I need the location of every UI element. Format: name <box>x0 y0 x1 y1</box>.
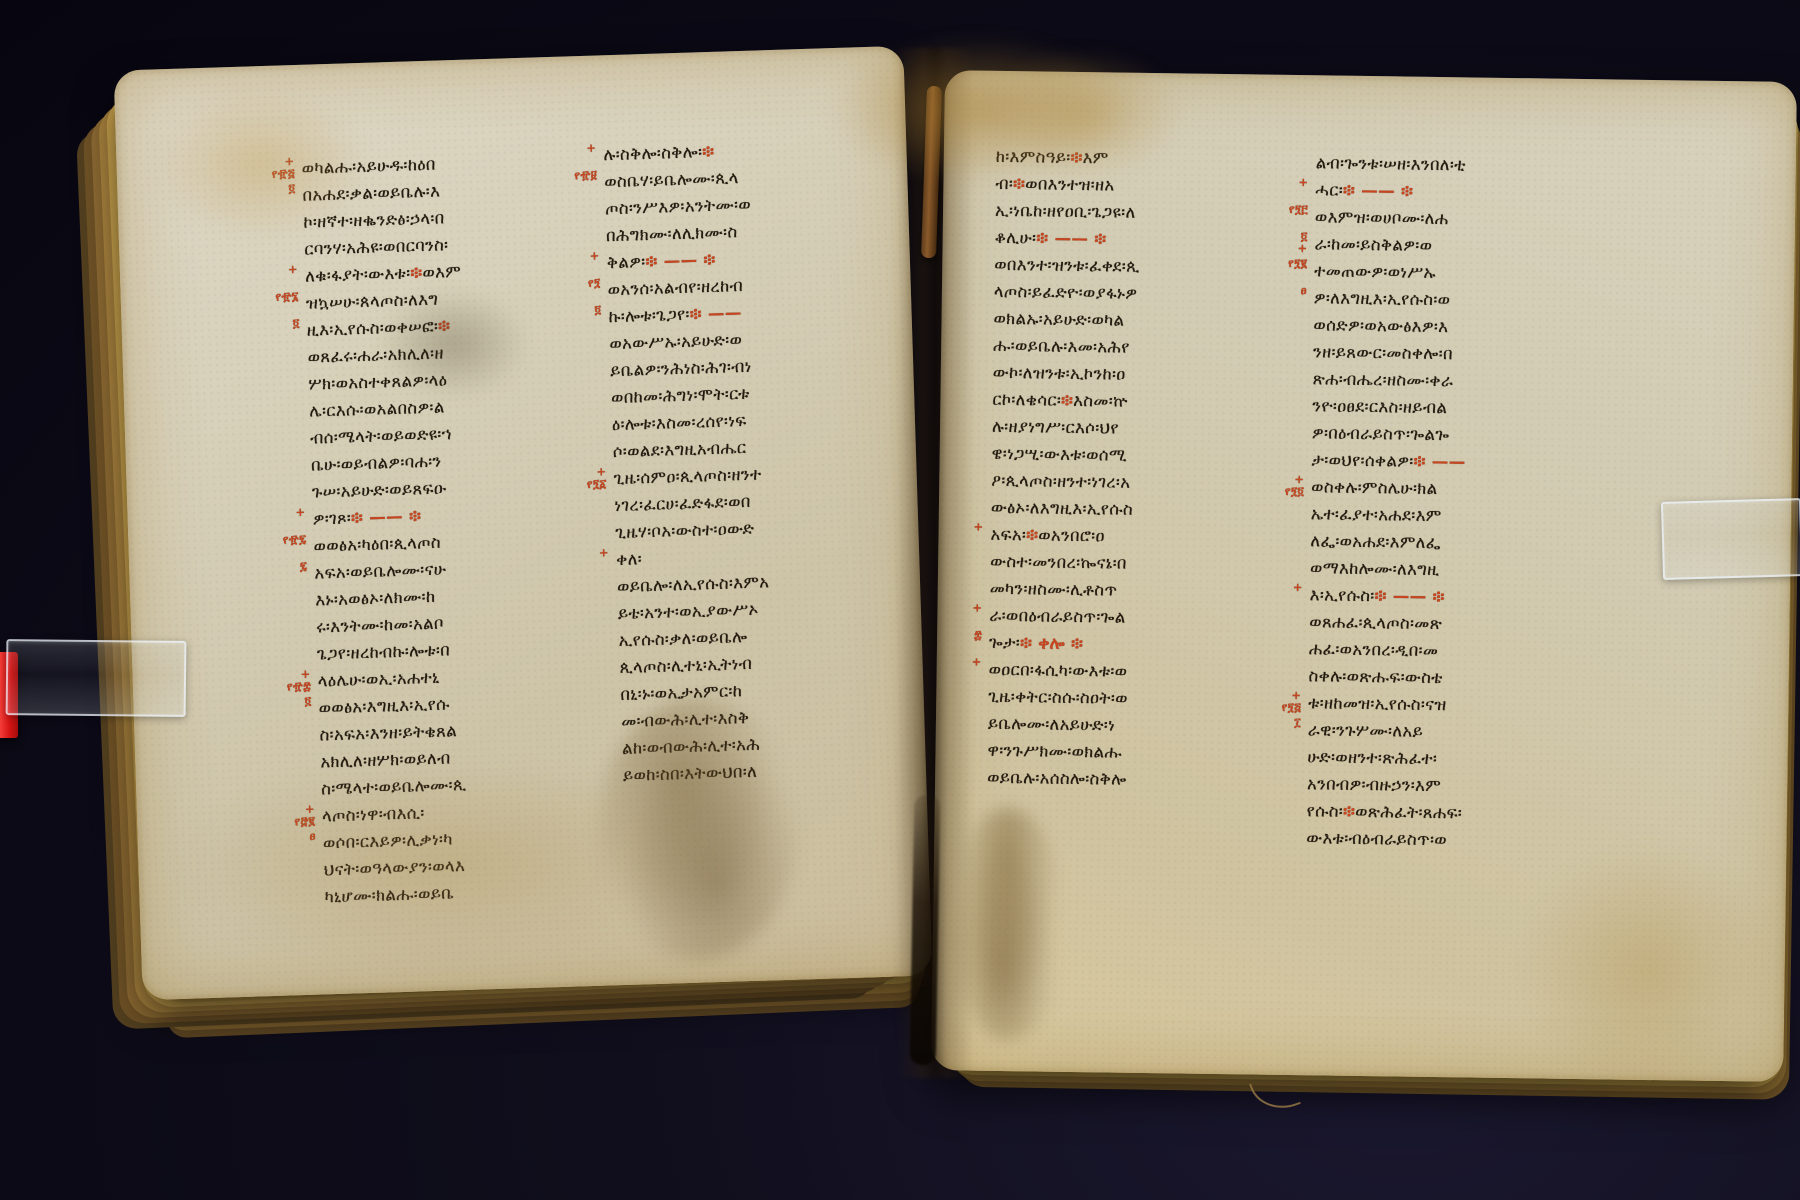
text-line: ፀዎ፡ለእግዚእ፡ኢየሱስ፡ወ <box>1314 284 1470 313</box>
gutter-crack <box>910 795 941 1065</box>
body-text: ኩ፡ሎቱ፡ጌጋየ፡ <box>608 305 690 327</box>
body-text: አንበብዎ፡ብዙኃን፡እም <box>1307 774 1441 795</box>
body-text: ኮ፡ዘኛተ፡ዘቈንድፅ፡ኃላ፡በ <box>303 208 445 231</box>
rubric-margin-mark: ፬ <box>293 317 300 329</box>
body-text: ጲላጦስ፡ሊተኒ፡ኢትነብ <box>619 654 752 677</box>
rubric-margin-mark: + የ፺፭ <box>1282 689 1302 713</box>
text-line: ውእቱ፡ብዕብራይስጥ፡ወ <box>1306 824 1462 853</box>
text-line: ሑ፡ወይቤሉ፡እመ፡አሕየ <box>993 332 1139 361</box>
body-text: ወማእከሎሙ፡ለእግዚ <box>1310 558 1440 579</box>
body-text: ዋ፡ንጉሥክሙ፡ወክልሑ <box>987 741 1122 762</box>
body-text: ስ፡አፍአ፡እንዘ፡ይትቄጸል <box>319 721 457 744</box>
text-line: ውፅኦ፡ለእግዚእ፡ኢየሱስ <box>991 494 1137 523</box>
body-text: እ፡ኢየሱስ፡ <box>1310 585 1375 605</box>
body-text: ዎ፡ለእግዚእ፡ኢየሱስ፡ወ <box>1314 288 1451 309</box>
body-text: ኤተ፡ፈያተ፡አሐደ፡እም <box>1311 504 1442 525</box>
rubric-margin-mark: የ፺፪ <box>1288 257 1307 269</box>
body-text: ጊዜ፡ሰምዐ፡ጲላጦስ፡ዘንተ <box>613 464 761 488</box>
body-text: ካኒሆሙ፡ክልሑ፡ወይቤ <box>324 883 454 906</box>
body-text: ስ፡ሜላተ፡ወይቤሎሙ፡ጲ <box>321 775 467 799</box>
body-text: ጊዜሃ፡ቦአ፡ውስተ፡ዐውድ <box>615 519 755 542</box>
body-text: ወወፅአ፡ካዕበ፡ጲላጦስ <box>313 533 441 556</box>
body-text: ላጦስ፡ይፈድዮ፡ወያፋኑዎ <box>994 282 1138 303</box>
body-text: ሦክ፡ወአስተቀጸልዎ፡ላዕ <box>308 370 447 393</box>
left-page-column-2: +ሉ፡ስቅሎ፡ስቅሎ፡፨የ፹፱ወስቤሃ፡ይቤሎሙ፡ጲላጦስ፡ንሥእዎ፡አንትሙ፡… <box>603 137 776 789</box>
rubric-margin-mark: + <box>974 521 984 533</box>
rubric-text: ፨ <box>1061 391 1073 410</box>
text-line: ሁድ፡ወዘንተ፡ጽሕፈተ፡ <box>1307 743 1463 772</box>
rubric-text: ፨ —— ፨ <box>351 506 422 527</box>
body-text: ንዮ፡ዐፀደ፡ርእስ፡ዘይብል <box>1312 396 1447 417</box>
rubric-margin-mark: የ፹፱ <box>574 169 597 182</box>
body-text: ነገረ፡ፈርሀ፡ፈድፋደ፡ወበ <box>614 492 751 515</box>
rubric-text: ፨ <box>438 316 451 335</box>
body-text: ዝኳሠሁ፡ጰላጦስ፡ለእግ <box>306 290 439 313</box>
text-line: ጽሐ፡ብሔረ፡ዘስሙ፡ቀራ <box>1313 365 1469 394</box>
rubric-margin-mark: + የ፹፰ <box>286 668 311 693</box>
body-text: ሶ፡ወልደ፡እግዚአብሔር <box>613 438 747 461</box>
text-line: ንዘ፡ይጸውር፡መስቀሎ፡በ <box>1313 338 1469 367</box>
text-line: ፲ራዊ፡ንጉሦሙ፡ለአይ <box>1308 716 1464 745</box>
body-text: ዚእ፡ኢየሱስ፡ወቀሠፎ፡ <box>307 317 439 340</box>
body-text: አፍአ፡ <box>990 525 1026 544</box>
body-text: ወአንሰ፡አልብየ፡ዘረከብ <box>607 276 743 299</box>
text-line: አንበብዎ፡ብዙኃን፡እም <box>1307 770 1463 799</box>
body-text: ቀለ፡ <box>616 549 642 569</box>
text-line: ልብ፡ጐንቱ፡ሠዘ፡እንበለ፡ቲ <box>1316 149 1472 178</box>
body-text: ወይቤሉ፡አሰስሎ፡ስቅሎ <box>987 768 1127 789</box>
text-line: ዋ፡ንጉሥክሙ፡ወክልሑ <box>987 737 1133 766</box>
body-text: ወዐርበ፡ፋሲካ፡ውእቱ፡ወ <box>989 660 1128 681</box>
body-text: ወጽሕፈት፡ጸሐፍ፡ <box>1355 802 1462 822</box>
text-line: ብ፡፨ወበእንተዝ፡ዘአ <box>995 170 1141 199</box>
loose-sewing-thread <box>1249 1070 1301 1118</box>
text-line: +ራ፡ወበዕብራይስጥ፡ጐል <box>989 602 1135 631</box>
body-text: ወሰድዎ፡ወአውፅእዎ፡እ <box>1313 315 1448 336</box>
body-text: መ፡ብውሕ፡ሊተ፡እስቅ <box>621 708 750 731</box>
rubric-margin-mark: + <box>1293 581 1303 593</box>
rubric-margin-mark: ፬ <box>288 182 295 194</box>
text-line: ሐፈ፡ወአንበረ፡ዲበ፡መ <box>1309 635 1465 664</box>
text-line: ኢ፡ነቤከ፡ዘየዐቢ፡ጌጋዩ፡ለ <box>995 197 1141 226</box>
rubric-text: ፨ <box>1026 525 1038 544</box>
text-line: ዖ፡ጲላጦስ፡ዘንተ፡ነገረ፡አ <box>991 467 1137 496</box>
rubric-margin-mark: ፯ <box>300 560 308 572</box>
right-page-column-2: ልብ፡ጐንቱ፡ሠዘ፡እንበለ፡ቲ+ሓር፡፨ —— ፨የ፺፫ወእምዝ፡ወሀቦሙ፡ለ… <box>1306 149 1471 853</box>
body-text: ሌ፡ርእሱ፡ወአልበስዎ፡ል <box>309 397 445 420</box>
body-text: ሉ፡ዘያነግሥ፡ርእሶ፡ህየ <box>992 417 1119 438</box>
rubric-text: ፨ —— ፨ <box>1036 228 1106 248</box>
body-text: ወክልኡ፡አይሁድ፡ወካል <box>993 309 1124 330</box>
rubric-margin-mark: + የ፺፬ <box>1285 473 1305 497</box>
body-text: ሩ፡እንትሙ፡ከመ፡አልቦ <box>316 614 444 637</box>
body-text: ኢየሱስ፡ቃለ፡ወይቤሎ <box>618 627 747 650</box>
text-line: ወሰድዎ፡ወአውፅእዎ፡እ <box>1313 311 1469 340</box>
body-text: ራ፡ከመ፡ይስቅልዎ፡ወ <box>1315 234 1433 255</box>
body-text: ራ፡ወበዕብራይስጥ፡ጐል <box>989 606 1126 627</box>
text-line: + የ፺፭ቱ፡ዘከመዝ፡ኢየሱስ፡ናዝ <box>1308 689 1464 718</box>
body-text: ጊዜ፡ቀትር፡ስሱ፡ስዐት፡ወ <box>988 687 1128 708</box>
body-text: ልከ፡ወብውሕ፡ሊተ፡አሕ <box>622 735 761 758</box>
rubric-text: ፨ —— <box>1414 452 1466 472</box>
rubric-margin-mark: የ፺፫ <box>1289 203 1308 215</box>
rubric-text: ፨ <box>410 263 423 282</box>
body-text: ሐፈ፡ወአንበረ፡ዲበ፡መ <box>1309 639 1439 660</box>
body-text: ህናት፡ወዓላውያን፡ወላእ <box>324 856 466 879</box>
body-text: ውእቱ፡ብዕብራይስጥ፡ወ <box>1306 828 1447 849</box>
rubric-text: ፨ <box>1343 802 1355 821</box>
body-text: ራዊ፡ንጉሦሙ፡ለአይ <box>1308 720 1424 741</box>
text-line: መካን፡ዘስሙ፡ሊቶስጥ <box>990 575 1136 604</box>
text-line: ይወከ፡ስበ፡እትውህበ፡ለ <box>623 757 776 789</box>
rubric-margin-mark: + <box>288 263 298 275</box>
text-line: ወክልኡ፡አይሁድ፡ወካል <box>993 305 1139 334</box>
body-text: ልብ፡ጐንቱ፡ሠዘ፡እንበለ፡ቲ <box>1316 153 1466 174</box>
text-line: ወይቤሉ፡አሰስሎ፡ስቅሎ <box>987 764 1133 793</box>
text-line: ላጦስ፡ይፈድዮ፡ወያፋኑዎ <box>994 278 1140 307</box>
text-line: +ሓር፡፨ —— ፨ <box>1315 176 1471 205</box>
rubric-margin-mark: ፀ <box>309 830 316 842</box>
body-text: ስቀሉ፡ወጽሑፍ፡ውስቴ <box>1308 666 1442 687</box>
text-line: የሱስ፡፨ወጽሕፈት፡ጸሐፍ፡ <box>1307 797 1463 826</box>
parchment-texture <box>114 46 933 1000</box>
body-text: ቆሊሁ፡ <box>995 228 1037 248</box>
body-text: ወእምዝ፡ወሀቦሙ፡ለሐ <box>1315 207 1449 228</box>
body-text: ሓር፡ <box>1315 180 1343 199</box>
rubric-text: ፨ <box>1013 174 1025 193</box>
body-text: በሕግክሙ፡ለሊክሙ፡ስ <box>606 222 738 245</box>
body-text: ወእም <box>422 262 461 282</box>
rubric-margin-mark: የ፺ <box>588 276 601 288</box>
body-text: ይወከ፡ስበ፡እትውህበ፡ለ <box>623 762 758 785</box>
rubric-text: ፨ —— ፨ <box>1343 181 1413 201</box>
body-text: ኢ፡ነቤከ፡ዘየዐቢ፡ጌጋዩ፡ለ <box>995 201 1136 222</box>
body-text: ቅልዎ፡ <box>607 252 646 272</box>
text-line: ውኮ፡ለዝንቱ፡ኢኮንከ፡ዐ <box>993 359 1139 388</box>
text-line: ሉ፡ዘያነግሥ፡ርእሶ፡ህየ <box>992 413 1138 442</box>
rubric-margin-mark: ፬ + <box>1297 230 1307 254</box>
body-text: ሉ፡ስቅሎ፡ስቅሎ፡ <box>603 142 702 164</box>
text-line: ውስተ፡መንበረ፡ኰናኔ፡በ <box>990 548 1136 577</box>
body-text: ወስቀሉ፡ምስሌሁ፡ክል <box>1311 477 1438 498</box>
body-text: ጐታ፡ <box>989 633 1020 652</box>
body-text: ቤሁ፡ወይብልዎ፡ባሐ፡ን <box>311 452 442 475</box>
acrylic-page-weight-right <box>1661 498 1800 580</box>
text-line: ቆሊሁ፡፨ —— ፨ <box>995 224 1141 253</box>
body-text: ወበእንተዝ፡ዘአ <box>1025 174 1115 194</box>
body-text: እም <box>1083 148 1109 167</box>
body-text: ዎ፡በዕብራይስጥ፡ጐልጐ <box>1312 423 1450 444</box>
body-text: ወወፅአ፡እግዚእ፡ኢየሱ <box>318 694 450 717</box>
text-line: + የ፺፬ወስቀሉ፡ምስሌሁ፡ክል <box>1311 473 1467 502</box>
manuscript-page-left: + የ፹፭ወካልሑ፡አይሁዱ፡ከዕበ፬በአሐደ፡ቃል፡ወይቤሉ፡እኮ፡ዘኛተ፡ዘ… <box>114 46 933 1000</box>
text-line: ታ፡ወህየ፡ሰቀልዎ፡፨ —— <box>1311 446 1467 475</box>
body-text: ወይቤሎ፡ለኢየሱስ፡እምአ <box>617 572 770 596</box>
body-text: ወአውሥኡ፡አይሁድ፡ወ <box>609 330 742 353</box>
body-text: ላጦስ፡ነዋ፡ብእሲ፡ <box>322 803 425 825</box>
text-line: ዎ፡በዕብራይስጥ፡ጐልጐ <box>1312 419 1468 448</box>
body-text: ታ፡ወህየ፡ሰቀልዎ፡ <box>1311 450 1413 470</box>
body-text: መካን፡ዘስሙ፡ሊቶስጥ <box>990 579 1118 600</box>
rubric-margin-mark: + የ፸፪ <box>294 803 316 828</box>
body-text: ወስቤሃ፡ይቤሎሙ፡ጲላ <box>604 168 739 191</box>
text-line: ጊዜ፡ቀትር፡ስሱ፡ስዐት፡ወ <box>988 683 1134 712</box>
rubric-margin-mark: + <box>599 546 609 558</box>
body-text: በኒ፡ኑ፡ወኢታአምር፡ከ <box>620 681 742 704</box>
text-line: +እ፡ኢየሱስ፡፨ —— ፨ <box>1310 581 1466 610</box>
text-line: ወጸሐፈ፡ጲላጦስ፡መጽ <box>1309 608 1465 637</box>
body-text: ውፅኦ፡ለእግዚእ፡ኢየሱስ <box>991 498 1133 519</box>
text-line: ወማእከሎሙ፡ለእግዚ <box>1310 554 1466 583</box>
body-text: ላዕሌሁ፡ወኢ፡አሐተኒ <box>318 668 440 691</box>
text-line: የ፺፫ወእምዝ፡ወሀቦሙ፡ለሐ <box>1315 203 1471 232</box>
text-line: ፬ +ራ፡ከመ፡ይስቅልዎ፡ወ <box>1314 230 1470 259</box>
body-text: ርባንሃ፡አሕዩ፡ወበርባንስ፡ <box>304 235 449 259</box>
rubric-margin-mark: + <box>589 249 599 261</box>
right-page-column-1: ከ፡እምስዓይ፡፨እምብ፡፨ወበእንተዝ፡ዘአኢ፡ነቤከ፡ዘየዐቢ፡ጌጋዩ፡ለቆ… <box>987 143 1141 793</box>
body-text: እስመ፡ኵ <box>1073 391 1128 411</box>
body-text: ወበእንተ፡ዝንቱ፡ፈቀደ፡ጲ <box>994 255 1140 276</box>
body-text: ዌ፡ነጋሢ፡ውእቱ፡ወሰሚ <box>992 444 1128 465</box>
acrylic-page-weight-left <box>6 639 187 717</box>
body-text: ጦስ፡ንሥእዎ፡አንትሙ፡ወ <box>605 195 751 219</box>
rubric-margin-mark: ፲ <box>1294 716 1301 728</box>
body-text: አክሊለ፡ዘሦክ፡ወይለብ <box>320 748 451 771</box>
body-text: ንዘ፡ይጸውር፡መስቀሎ፡በ <box>1313 342 1453 363</box>
rubric-margin-mark: + <box>295 506 305 518</box>
body-text: ቱ፡ዘከመዝ፡ኢየሱስ፡ናዝ <box>1308 693 1447 714</box>
body-text: ዕ፡ሎቱ፡እስመ፡ረሰየ፡ነፍ <box>612 411 747 434</box>
body-text: የሱስ፡ <box>1307 801 1344 821</box>
body-text: ጌጋየ፡ዘረከብኩ፡ሎቱ፡በ <box>317 640 451 663</box>
body-text: ለፌ፡ወአሐደ፡እምለፌ <box>1310 531 1440 552</box>
body-text: ብሰ፡ሜላት፡ወይወድዩ፡ኀ <box>310 424 452 447</box>
text-line: ኤተ፡ፈያተ፡አሐደ፡እም <box>1311 500 1467 529</box>
rubric-text: ፨ <box>702 142 715 161</box>
body-text: በአሐደ፡ቃል፡ወይቤሉ፡እ <box>302 181 440 204</box>
body-text: ሁድ፡ወዘንተ፡ጽሕፈተ፡ <box>1307 747 1437 768</box>
rubric-margin-mark: ፰ <box>974 629 982 641</box>
body-text: ወአንበሮ፡ዐ <box>1038 525 1105 545</box>
body-text: ጽሐ፡ብሔረ፡ዘስሙ፡ቀራ <box>1313 369 1454 390</box>
rubric-margin-mark: የ፹፯ <box>283 533 307 546</box>
body-text: እኑ፡አወፅኦ፡ለክሙ፡ከ <box>315 587 436 610</box>
text-line: ወበእንተ፡ዝንቱ፡ፈቀደ፡ጲ <box>994 251 1140 280</box>
body-text: ዎ፡ገጾ፡ <box>312 508 351 528</box>
text-line: ከ፡እምስዓይ፡፨እም <box>996 143 1142 172</box>
text-line: ርኮ፡ለቄሳር፡፨እስመ፡ኵ <box>992 386 1138 415</box>
rubric-text: ፨ —— <box>689 303 742 324</box>
body-text: ወሶበ፡ርእይዎ፡ሊቃነ፡ካ <box>323 829 453 852</box>
body-text: ተመጠውዎ፡ወነሥኡ <box>1314 261 1436 282</box>
body-text: ወካልሑ፡አይሁዱ፡ከዕበ <box>301 155 436 178</box>
body-text: ብ፡ <box>995 174 1013 193</box>
text-line: የ፺፪ተመጠውዎ፡ወነሥኡ <box>1314 257 1470 286</box>
body-text: ዖ፡ጲላጦስ፡ዘንተ፡ነገረ፡አ <box>991 471 1130 492</box>
text-line: ንዮ፡ዐፀደ፡ርእስ፡ዘይብል <box>1312 392 1468 421</box>
text-line: ይቤሎሙ፡ለአይሁድ፡ነ <box>988 710 1134 739</box>
body-text: ይቤሎሙ፡ለአይሁድ፡ነ <box>988 714 1115 735</box>
body-text: ርኮ፡ለቄሳር፡ <box>992 390 1061 410</box>
text-line: ስቀሉ፡ወጽሑፍ፡ውስቴ <box>1308 662 1464 691</box>
rubric-text: ፨ —— ፨ <box>645 250 716 271</box>
rubric-text: ፨ —— ፨ <box>1375 586 1445 606</box>
text-line: +ወዐርበ፡ፋሲካ፡ውእቱ፡ወ <box>988 656 1134 685</box>
rubric-margin-mark: + <box>1298 176 1308 188</box>
rubric-margin-mark: + የ፺፩ <box>586 465 607 490</box>
text-line: ዌ፡ነጋሢ፡ውእቱ፡ወሰሚ <box>991 440 1137 469</box>
rubric-margin-mark: ፬ <box>594 303 601 315</box>
body-text: ወጸሐፈ፡ጲላጦስ፡መጽ <box>1309 612 1442 633</box>
rubric-text: ፨ ቀሎ ፨ <box>1020 633 1083 653</box>
text-line: +አፍአ፡፨ወአንበሮ፡ዐ <box>990 521 1136 550</box>
body-text: ወጸፈሩ፡ሐራ፡አክሊለ፡ዘ <box>307 343 444 366</box>
body-text: ውኮ፡ለዝንቱ፡ኢኮንከ፡ዐ <box>993 363 1126 384</box>
rubric-margin-mark: ፀ <box>1301 284 1307 296</box>
body-text: ከ፡እምስዓይ፡ <box>996 147 1071 167</box>
rubric-text: ፨ <box>1071 148 1083 167</box>
rubric-margin-mark: የ፹፮ <box>275 290 299 303</box>
body-text: ወበከመ፡ሕግነ፡ሞት፡ርቱ <box>611 384 750 407</box>
photograph-of-open-manuscript: + የ፹፭ወካልሑ፡አይሁዱ፡ከዕበ፬በአሐደ፡ቃል፡ወይቤሉ፡እኮ፡ዘኛተ፡ዘ… <box>0 0 1800 1200</box>
rubric-margin-mark: + <box>586 142 596 154</box>
body-text: ለቁ፡ፋያት፡ውእቱ፡ <box>305 263 411 285</box>
body-text: ይቴ፡አንተ፡ወኢያውሥኦ <box>618 600 759 623</box>
body-text: ውስተ፡መንበረ፡ኰናኔ፡በ <box>990 552 1127 573</box>
text-line: ፰ጐታ፡፨ ቀሎ ፨ <box>989 629 1135 658</box>
body-text: ይቤልዎ፡ንሕነስ፡ሕገ፡ብነ <box>610 357 752 380</box>
text-line: ካኒሆሙ፡ክልሑ፡ወይቤ <box>324 879 481 911</box>
left-page-column-1: + የ፹፭ወካልሑ፡አይሁዱ፡ከዕበ፬በአሐደ፡ቃል፡ወይቤሉ፡እኮ፡ዘኛተ፡ዘ… <box>301 150 481 911</box>
body-text: አፍአ፡ወይቤሎሙ፡ናሁ <box>314 559 446 582</box>
rubric-margin-mark: ፬ <box>305 695 312 707</box>
body-text: ሑ፡ወይቤሉ፡እመ፡አሕየ <box>993 336 1130 357</box>
body-text: ጉሠ፡አይሁድ፡ወይጸፍዑ <box>312 478 447 501</box>
text-line: ለፌ፡ወአሐደ፡እምለፌ <box>1310 527 1466 556</box>
rubric-margin-mark: + የ፹፭ <box>271 155 295 180</box>
